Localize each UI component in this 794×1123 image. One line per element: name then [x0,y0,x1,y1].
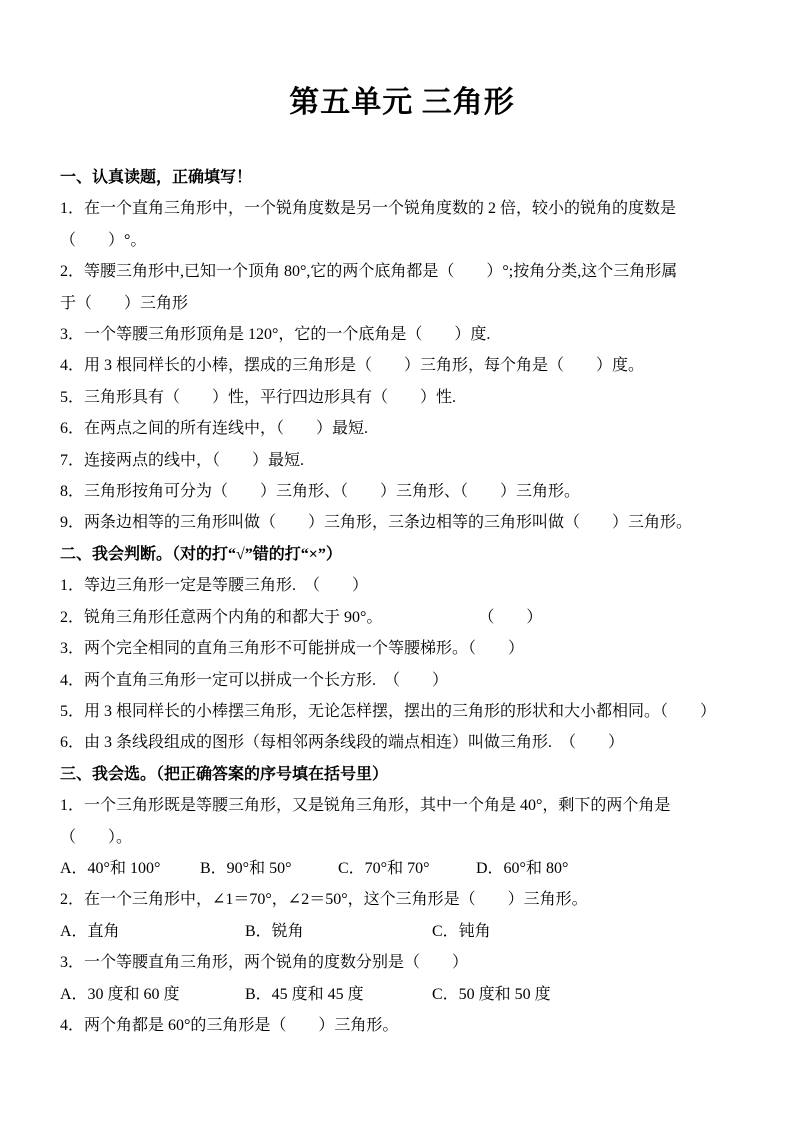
s3-q2-option-c: C．钝角 [432,916,491,947]
s2-q1: 1．等边三角形一定是等腰三角形. （ ） [60,570,744,601]
s3-q1-option-d: D．60°和 80° [476,853,568,884]
s3-q1-option-a: A．40°和 100° [60,853,200,884]
s3-q1-option-b: B．90°和 50° [200,853,338,884]
section1-heading: 一、认真读题，正确填写！ [60,162,744,193]
s3-q1-option-c: C．70°和 70° [338,853,476,884]
s1-q3: 3．一个等腰三角形顶角是 120°，它的一个底角是（ ）度. [60,319,744,350]
s1-q1-line1: 1．在一个直角三角形中，一个锐角度数是另一个锐角度数的 2 倍，较小的锐角的度数… [60,193,744,224]
s3-q1-line2: （ ）。 [60,822,744,853]
s3-q2-options: A．直角B．锐角C．钝角 [60,916,744,947]
section3-heading: 三、我会选。（把正确答案的序号填在括号里） [60,759,744,790]
s3-q4: 4．两个角都是 60°的三角形是（ ）三角形。 [60,1010,744,1041]
s3-q1-options: A．40°和 100°B．90°和 50°C．70°和 70°D．60°和 80… [60,853,744,884]
s3-q3: 3．一个等腰直角三角形，两个锐角的度数分别是（ ） [60,947,744,978]
s1-q9: 9．两条边相等的三角形叫做（ ）三角形，三条边相等的三角形叫做（ ）三角形。 [60,507,744,538]
section2-heading: 二、我会判断。（对的打“√”错的打“×”） [60,539,744,570]
document-body: 一、认真读题，正确填写！ 1．在一个直角三角形中，一个锐角度数是另一个锐角度数的… [60,162,744,1041]
s3-q3-option-b: B．45 度和 45 度 [245,979,432,1010]
s3-q2: 2．在一个三角形中，∠1＝70°，∠2＝50°，这个三角形是（ ）三角形。 [60,884,744,915]
s2-q2: 2．锐角三角形任意两个内角的和都大于 90°。 （ ） [60,602,744,633]
s3-q2-option-a: A．直角 [60,916,245,947]
s1-q8: 8．三角形按角可分为（ ）三角形、（ ）三角形、（ ）三角形。 [60,476,744,507]
s1-q1-line2: （ ）°。 [60,225,744,256]
s3-q3-options: A．30 度和 60 度B．45 度和 45 度C．50 度和 50 度 [60,979,744,1010]
s2-q6: 6．由 3 条线段组成的图形（每相邻两条线段的端点相连）叫做三角形. （ ） [60,727,744,758]
s3-q3-option-a: A．30 度和 60 度 [60,979,245,1010]
s2-q5: 5．用 3 根同样长的小棒摆三角形，无论怎样摆，摆出的三角形的形状和大小都相同。… [60,696,744,727]
page-title: 第五单元 三角形 [60,85,744,121]
s3-q3-option-c: C．50 度和 50 度 [432,979,551,1010]
s1-q6: 6．在两点之间的所有连线中，（ ）最短. [60,413,744,444]
s1-q2-line2: 于（ ）三角形 [60,288,744,319]
s1-q2-line1: 2．等腰三角形中,已知一个顶角 80°,它的两个底角都是（ ）°;按角分类,这个… [60,256,744,287]
s1-q5: 5．三角形具有（ ）性，平行四边形具有（ ）性. [60,382,744,413]
s3-q1-line1: 1．一个三角形既是等腰三角形，又是锐角三角形，其中一个角是 40°，剩下的两个角… [60,790,744,821]
s1-q7: 7．连接两点的线中，（ ）最短. [60,445,744,476]
s1-q4: 4．用 3 根同样长的小棒，摆成的三角形是（ ）三角形，每个角是（ ）度。 [60,350,744,381]
s2-q3: 3．两个完全相同的直角三角形不可能拼成一个等腰梯形。（ ） [60,633,744,664]
s3-q2-option-b: B．锐角 [245,916,432,947]
worksheet-document: 第五单元 三角形 一、认真读题，正确填写！ 1．在一个直角三角形中，一个锐角度数… [0,0,794,1123]
s2-q4: 4．两个直角三角形一定可以拼成一个长方形. （ ） [60,665,744,696]
